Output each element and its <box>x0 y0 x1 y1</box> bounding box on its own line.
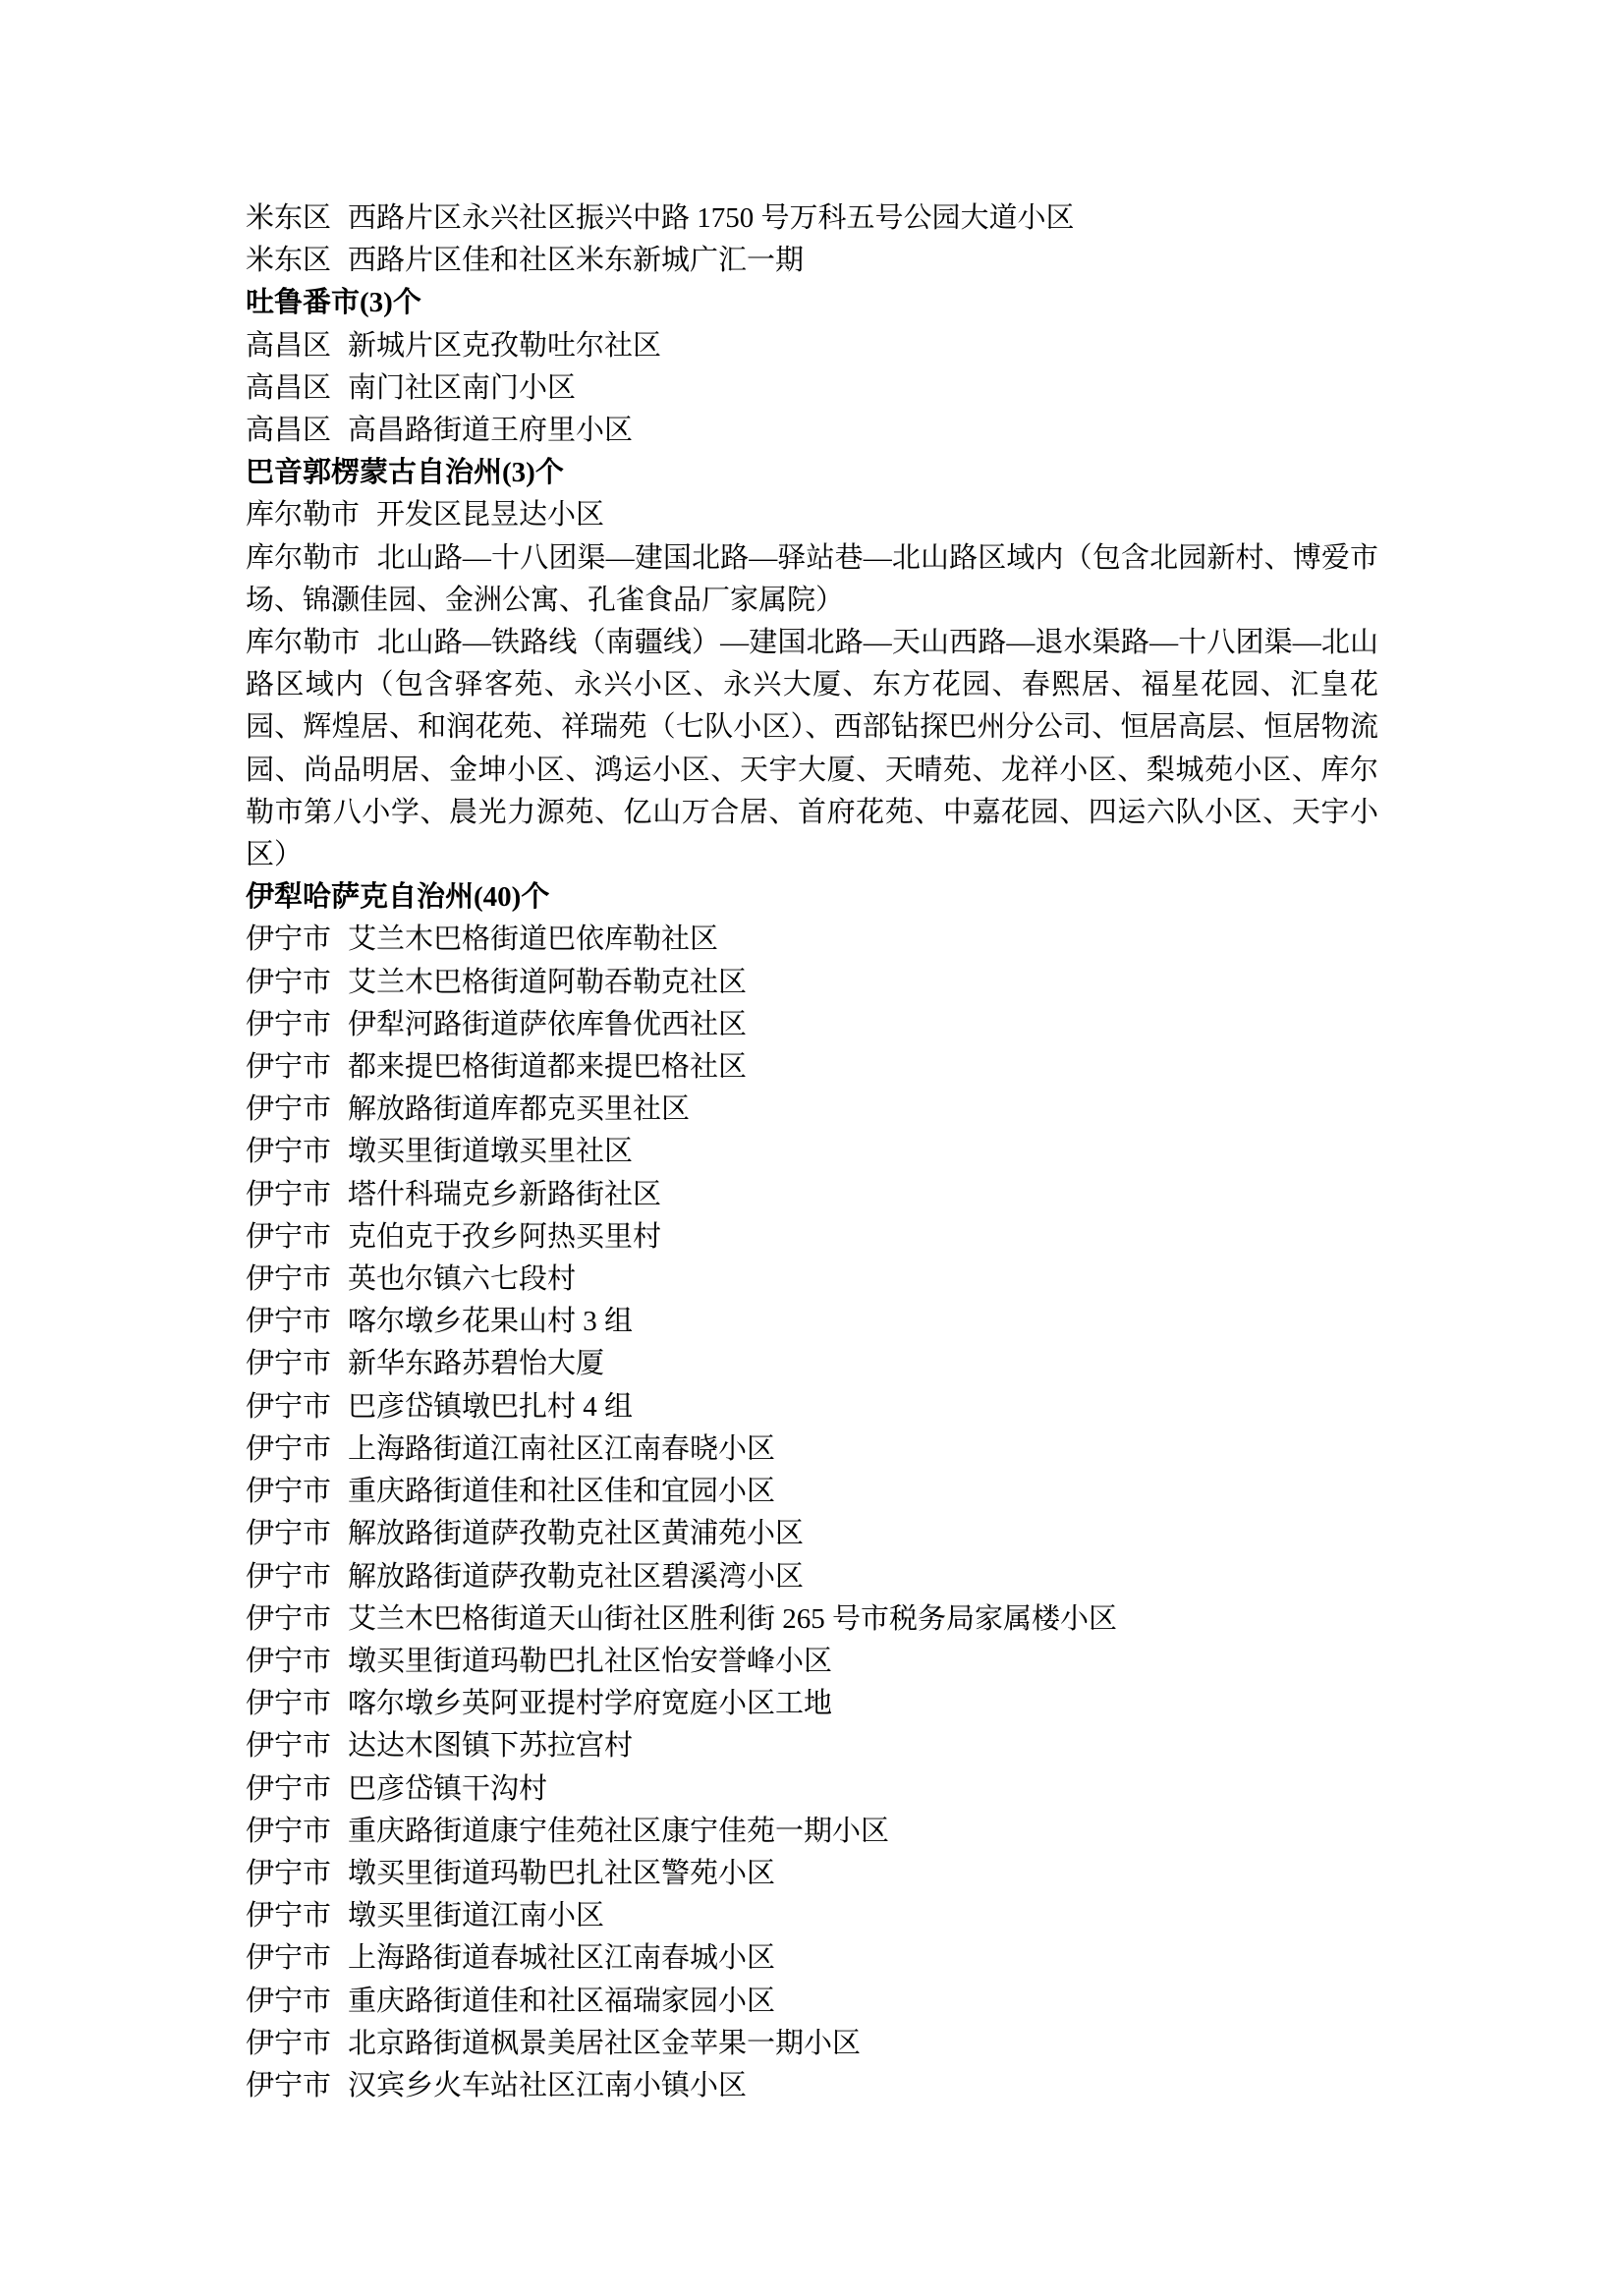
entry-detail: 巴彦岱镇墩巴扎村 4 组 <box>348 1391 633 1423</box>
entry-region: 库尔勒市 <box>246 627 361 658</box>
entry-region: 伊宁市 <box>246 1773 331 1805</box>
list-entry: 伊宁市解放路街道萨孜勒克社区碧溪湾小区 <box>246 1556 1378 1598</box>
entry-detail: 解放路街道库都克买里社区 <box>348 1093 690 1125</box>
list-entry: 伊宁市上海路街道春城社区江南春城小区 <box>246 1937 1378 1980</box>
list-entry: 伊宁市艾兰木巴格街道巴依库勒社区 <box>246 919 1378 961</box>
entry-region: 伊宁市 <box>246 1476 331 1507</box>
entry-region: 伊宁市 <box>246 1263 331 1295</box>
entry-region: 高昌区 <box>246 330 331 362</box>
entry-region: 伊宁市 <box>246 1688 331 1719</box>
entry-region: 米东区 <box>246 202 331 234</box>
entry-detail: 克伯克于孜乡阿热买里村 <box>348 1221 661 1253</box>
entry-region: 伊宁市 <box>246 1986 331 2017</box>
entry-detail: 西路片区佳和社区米东新城广汇一期 <box>348 245 804 276</box>
section-heading: 伊犁哈萨克自治州(40)个 <box>246 876 1378 919</box>
entry-detail: 重庆路街道康宁佳苑社区康宁佳苑一期小区 <box>348 1816 889 1847</box>
entry-region: 伊宁市 <box>246 1179 331 1210</box>
entry-region: 伊宁市 <box>246 1391 331 1423</box>
entry-region: 伊宁市 <box>246 1433 331 1465</box>
entry-detail: 都来提巴格街道都来提巴格社区 <box>348 1051 747 1083</box>
entry-detail: 重庆路街道佳和社区福瑞家园小区 <box>348 1986 775 2017</box>
entry-region: 伊宁市 <box>246 967 331 998</box>
list-entry: 米东区西路片区永兴社区振兴中路 1750 号万科五号公园大道小区 <box>246 197 1378 240</box>
entry-detail: 南门社区南门小区 <box>348 372 576 404</box>
entry-detail: 伊犁河路街道萨依库鲁优西社区 <box>348 1009 747 1040</box>
entry-region: 伊宁市 <box>246 1093 331 1125</box>
list-entry: 伊宁市墩买里街道江南小区 <box>246 1895 1378 1937</box>
entry-region: 库尔勒市 <box>246 499 360 531</box>
list-entry: 伊宁市墩买里街道玛勒巴扎社区怡安誉峰小区 <box>246 1641 1378 1683</box>
list-entry: 库尔勒市北山路—铁路线（南疆线）—建国北路—天山西路—退水渠路—十八团渠—北山路… <box>246 622 1378 876</box>
entry-detail: 北京路街道枫景美居社区金苹果一期小区 <box>348 2028 861 2059</box>
entry-region: 高昌区 <box>246 415 331 446</box>
entry-region: 库尔勒市 <box>246 542 361 574</box>
list-entry: 伊宁市艾兰木巴格街道阿勒吞勒克社区 <box>246 962 1378 1004</box>
section-heading: 巴音郭楞蒙古自治州(3)个 <box>246 452 1378 494</box>
entry-region: 米东区 <box>246 245 331 276</box>
entry-detail: 解放路街道萨孜勒克社区黄浦苑小区 <box>348 1518 804 1549</box>
list-entry: 伊宁市汉宾乡火车站社区江南小镇小区 <box>246 2065 1378 2107</box>
entry-detail: 艾兰木巴格街道阿勒吞勒克社区 <box>348 967 747 998</box>
list-entry: 伊宁市达达木图镇下苏拉宫村 <box>246 1725 1378 1767</box>
entry-detail: 墩买里街道江南小区 <box>348 1900 604 1931</box>
list-entry: 伊宁市克伯克于孜乡阿热买里村 <box>246 1216 1378 1259</box>
section-heading-text: 巴音郭楞蒙古自治州(3)个 <box>246 457 564 488</box>
list-entry: 库尔勒市开发区昆昱达小区 <box>246 494 1378 536</box>
entry-detail: 墩买里街道墩买里社区 <box>348 1136 633 1167</box>
list-entry: 高昌区南门社区南门小区 <box>246 367 1378 410</box>
entry-detail: 喀尔墩乡花果山村 3 组 <box>348 1306 633 1337</box>
entry-detail: 新华东路苏碧怡大厦 <box>348 1348 604 1379</box>
entry-region: 高昌区 <box>246 372 331 404</box>
section-heading-text: 吐鲁番市(3)个 <box>246 287 421 318</box>
entry-region: 伊宁市 <box>246 1942 331 1974</box>
entry-detail: 塔什科瑞克乡新路街社区 <box>348 1179 661 1210</box>
list-entry: 伊宁市上海路街道江南社区江南春晓小区 <box>246 1428 1378 1471</box>
entry-region: 伊宁市 <box>246 2070 331 2101</box>
entry-region: 伊宁市 <box>246 1221 331 1253</box>
entry-detail: 重庆路街道佳和社区佳和宜园小区 <box>348 1476 775 1507</box>
list-entry: 伊宁市解放路街道库都克买里社区 <box>246 1089 1378 1131</box>
entry-detail: 达达木图镇下苏拉宫村 <box>348 1730 633 1762</box>
entry-detail: 艾兰木巴格街道巴依库勒社区 <box>348 924 718 955</box>
list-entry: 伊宁市艾兰木巴格街道天山街社区胜利街 265 号市税务局家属楼小区 <box>246 1598 1378 1641</box>
entry-detail: 墩买里街道玛勒巴扎社区警苑小区 <box>348 1858 775 1889</box>
list-entry: 伊宁市巴彦岱镇干沟村 <box>246 1768 1378 1811</box>
list-entry: 伊宁市重庆路街道佳和社区佳和宜园小区 <box>246 1471 1378 1513</box>
entry-detail: 墩买里街道玛勒巴扎社区怡安誉峰小区 <box>348 1646 832 1677</box>
entry-detail: 上海路街道江南社区江南春晓小区 <box>348 1433 775 1465</box>
list-entry: 伊宁市解放路街道萨孜勒克社区黄浦苑小区 <box>246 1513 1378 1555</box>
list-entry: 伊宁市重庆路街道康宁佳苑社区康宁佳苑一期小区 <box>246 1811 1378 1853</box>
entry-region: 伊宁市 <box>246 1136 331 1167</box>
entry-region: 伊宁市 <box>246 1518 331 1549</box>
entry-detail: 开发区昆昱达小区 <box>376 499 604 531</box>
list-entry: 伊宁市墩买里街道玛勒巴扎社区警苑小区 <box>246 1853 1378 1895</box>
entry-detail: 高昌路街道王府里小区 <box>348 415 633 446</box>
entry-detail: 北山路—十八团渠—建国北路—驿站巷—北山路区域内（包含北园新村、博爱市场、锦灏佳… <box>246 542 1378 616</box>
document-page: 米东区西路片区永兴社区振兴中路 1750 号万科五号公园大道小区 米东区西路片区… <box>0 0 1624 2295</box>
entry-region: 伊宁市 <box>246 1348 331 1379</box>
list-entry: 伊宁市北京路街道枫景美居社区金苹果一期小区 <box>246 2023 1378 2065</box>
list-entry: 米东区西路片区佳和社区米东新城广汇一期 <box>246 240 1378 282</box>
entry-region: 伊宁市 <box>246 1858 331 1889</box>
entry-region: 伊宁市 <box>246 1561 331 1593</box>
entry-region: 伊宁市 <box>246 1900 331 1931</box>
entry-detail: 西路片区永兴社区振兴中路 1750 号万科五号公园大道小区 <box>348 202 1075 234</box>
entry-detail: 英也尔镇六七段村 <box>348 1263 576 1295</box>
entry-detail: 汉宾乡火车站社区江南小镇小区 <box>348 2070 747 2101</box>
list-entry: 伊宁市墩买里街道墩买里社区 <box>246 1131 1378 1173</box>
list-entry: 伊宁市英也尔镇六七段村 <box>246 1259 1378 1301</box>
list-entry: 伊宁市重庆路街道佳和社区福瑞家园小区 <box>246 1981 1378 2023</box>
section-heading: 吐鲁番市(3)个 <box>246 282 1378 324</box>
list-entry: 伊宁市塔什科瑞克乡新路街社区 <box>246 1174 1378 1216</box>
entry-detail: 巴彦岱镇干沟村 <box>348 1773 547 1805</box>
entry-region: 伊宁市 <box>246 2028 331 2059</box>
entry-region: 伊宁市 <box>246 1306 331 1337</box>
entry-detail: 解放路街道萨孜勒克社区碧溪湾小区 <box>348 1561 804 1593</box>
list-entry: 伊宁市伊犁河路街道萨依库鲁优西社区 <box>246 1004 1378 1046</box>
list-entry: 高昌区新城片区克孜勒吐尔社区 <box>246 325 1378 367</box>
entry-region: 伊宁市 <box>246 1646 331 1677</box>
entry-detail: 艾兰木巴格街道天山街社区胜利街 265 号市税务局家属楼小区 <box>348 1603 1117 1635</box>
entry-region: 伊宁市 <box>246 1603 331 1635</box>
entry-region: 伊宁市 <box>246 1009 331 1040</box>
entry-detail: 喀尔墩乡英阿亚提村学府宽庭小区工地 <box>348 1688 832 1719</box>
list-entry: 伊宁市喀尔墩乡英阿亚提村学府宽庭小区工地 <box>246 1683 1378 1725</box>
entry-region: 伊宁市 <box>246 1051 331 1083</box>
list-entry: 伊宁市都来提巴格街道都来提巴格社区 <box>246 1046 1378 1089</box>
entry-detail: 新城片区克孜勒吐尔社区 <box>348 330 661 362</box>
entry-detail: 北山路—铁路线（南疆线）—建国北路—天山西路—退水渠路—十八团渠—北山路区域内（… <box>246 627 1378 870</box>
risk-area-list: 米东区西路片区永兴社区振兴中路 1750 号万科五号公园大道小区 米东区西路片区… <box>246 197 1378 2107</box>
list-entry: 伊宁市巴彦岱镇墩巴扎村 4 组 <box>246 1386 1378 1428</box>
list-entry: 伊宁市喀尔墩乡花果山村 3 组 <box>246 1301 1378 1343</box>
entry-region: 伊宁市 <box>246 924 331 955</box>
list-entry: 库尔勒市北山路—十八团渠—建国北路—驿站巷—北山路区域内（包含北园新村、博爱市场… <box>246 537 1378 622</box>
list-entry: 高昌区高昌路街道王府里小区 <box>246 410 1378 452</box>
entry-detail: 上海路街道春城社区江南春城小区 <box>348 1942 775 1974</box>
list-entry: 伊宁市新华东路苏碧怡大厦 <box>246 1343 1378 1385</box>
entry-region: 伊宁市 <box>246 1730 331 1762</box>
section-heading-text: 伊犁哈萨克自治州(40)个 <box>246 881 549 913</box>
entry-region: 伊宁市 <box>246 1816 331 1847</box>
